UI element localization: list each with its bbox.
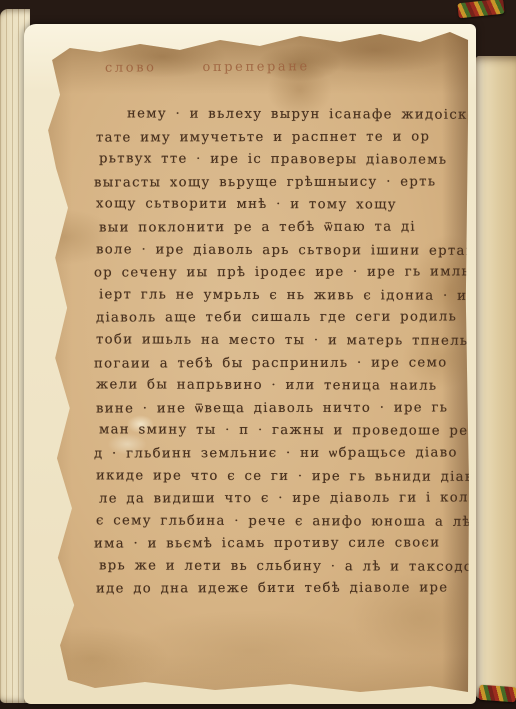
- text-line: выгасты хощу вьруще грѣшныису · ерть: [94, 171, 448, 195]
- manuscript-page: словоопреперане нему · и вьлеху вырун іс…: [30, 30, 472, 698]
- text-line: иде до дна идеже бити тебѣ діаволе ире: [96, 578, 448, 602]
- text-line: рьтвух тте · ире іс правоверы діаволемь: [99, 149, 448, 173]
- text-line: іерт гль не умрьль є нь живь є ідониа · …: [99, 284, 448, 308]
- text-line: д · гльбинн земльниє · ни ѡбращьсе діаво: [94, 442, 448, 466]
- text-line: ман ѕмину ты · п · гажны и проведоше ре: [99, 420, 448, 444]
- text-line: тоби ишьль на место ты · и матерь тпнель: [96, 329, 448, 353]
- text-line: ор сечену иы прѣ іродеє ире · ире гь имл…: [94, 262, 448, 286]
- text-line: жели бы напрьвино · или теница наиль: [96, 374, 448, 398]
- bookmark-ribbon-top-icon: [457, 0, 504, 18]
- text-line: погаии а тебѣ бы расприниль · ире семо: [94, 352, 448, 376]
- rubric-word-2: опреперане: [202, 59, 309, 75]
- text-line: икиде ире что є се ги · ире гь вьниди ді…: [96, 465, 448, 489]
- rubric-heading: словоопреперане: [105, 59, 310, 75]
- text-line: нему · и вьлеху вырун ісанафе жидоіскому: [127, 103, 448, 127]
- text-line: има · и вьємѣ ісамь противу силе своєи: [94, 533, 448, 557]
- text-line: є сему гльбина · рече є анифо юноша а лѣ: [96, 510, 448, 534]
- text-line: выи поклонити ре а тебѣ ѿпаю та ді: [99, 216, 448, 240]
- text-line: воле · ире діаволь арь сьтвори ішини ерт…: [96, 239, 448, 263]
- text-line: діаволь аще теби сишаль где сеги родиль: [96, 307, 448, 331]
- bookmark-ribbon-bottom-icon: [479, 685, 516, 703]
- text-line: врь же и лети вь сльбину · а лѣ и таксод…: [99, 555, 448, 579]
- rubric-word-1: слово: [105, 60, 157, 75]
- facing-page-edge: [476, 56, 516, 698]
- manuscript-photo: словоопреперане нему · и вьлеху вырун іс…: [0, 0, 516, 709]
- text-line: хощу сьтворити мнѣ · и тому хощу: [96, 194, 448, 218]
- text-line: тате иму имучетьте и распнет те и ор: [96, 126, 448, 150]
- text-line: ле да видиши что є · ире діаволь ги і ко…: [99, 488, 448, 512]
- text-line: вине · ине ѿвеща діаволь ничто · ире гь: [96, 397, 448, 421]
- text-block: нему · и вьлеху вырун ісанафе жидоіскому…: [96, 104, 448, 601]
